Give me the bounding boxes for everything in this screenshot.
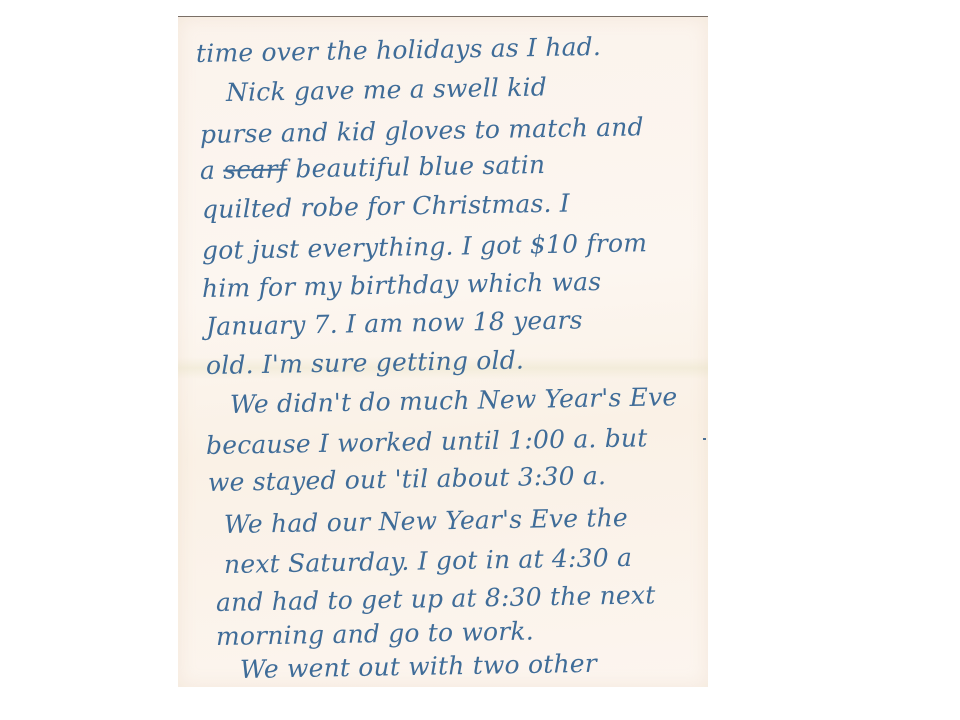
letter-line-17: We went out with two other: [240, 649, 597, 684]
page-canvas: time over the holidays as I had. Nick ga…: [0, 0, 960, 720]
ink-dot-mark: [703, 438, 706, 440]
struck-word: scarf: [223, 154, 287, 184]
letter-line-14: next Saturday. I got in at 4:30 a: [224, 543, 633, 579]
letter-line-4-end: beautiful blue satin: [287, 150, 545, 183]
letter-line-1: time over the holidays as I had.: [196, 32, 602, 68]
letter-line-12: we stayed out 'til about 3:30 a.: [208, 461, 607, 497]
letter-line-4: a scarf beautiful blue satin: [200, 150, 546, 185]
letter-line-11: because I worked until 1:00 a. but: [206, 423, 648, 460]
letter-line-5: quilted robe for Christmas. I: [202, 189, 570, 224]
letter-paper: time over the holidays as I had. Nick ga…: [178, 16, 708, 687]
letter-line-10: We didn't do much New Year's Eve: [230, 382, 678, 419]
letter-line-6: got just everything. I got $10 from: [202, 228, 648, 265]
letter-line-3: purse and kid gloves to match and: [200, 112, 644, 149]
letter-line-13: We had our New Year's Eve the: [224, 503, 628, 539]
letter-line-7: him for my birthday which was: [202, 267, 602, 303]
letter-line-8: January 7. I am now 18 years: [206, 305, 583, 341]
letter-line-15: and had to get up at 8:30 the next: [216, 580, 656, 617]
letter-line-4-start: a: [200, 156, 224, 185]
letter-line-9: old. I'm sure getting old.: [206, 345, 525, 380]
letter-line-16: morning and go to work.: [216, 616, 534, 651]
letter-line-2: Nick gave me a swell kid: [226, 72, 547, 107]
